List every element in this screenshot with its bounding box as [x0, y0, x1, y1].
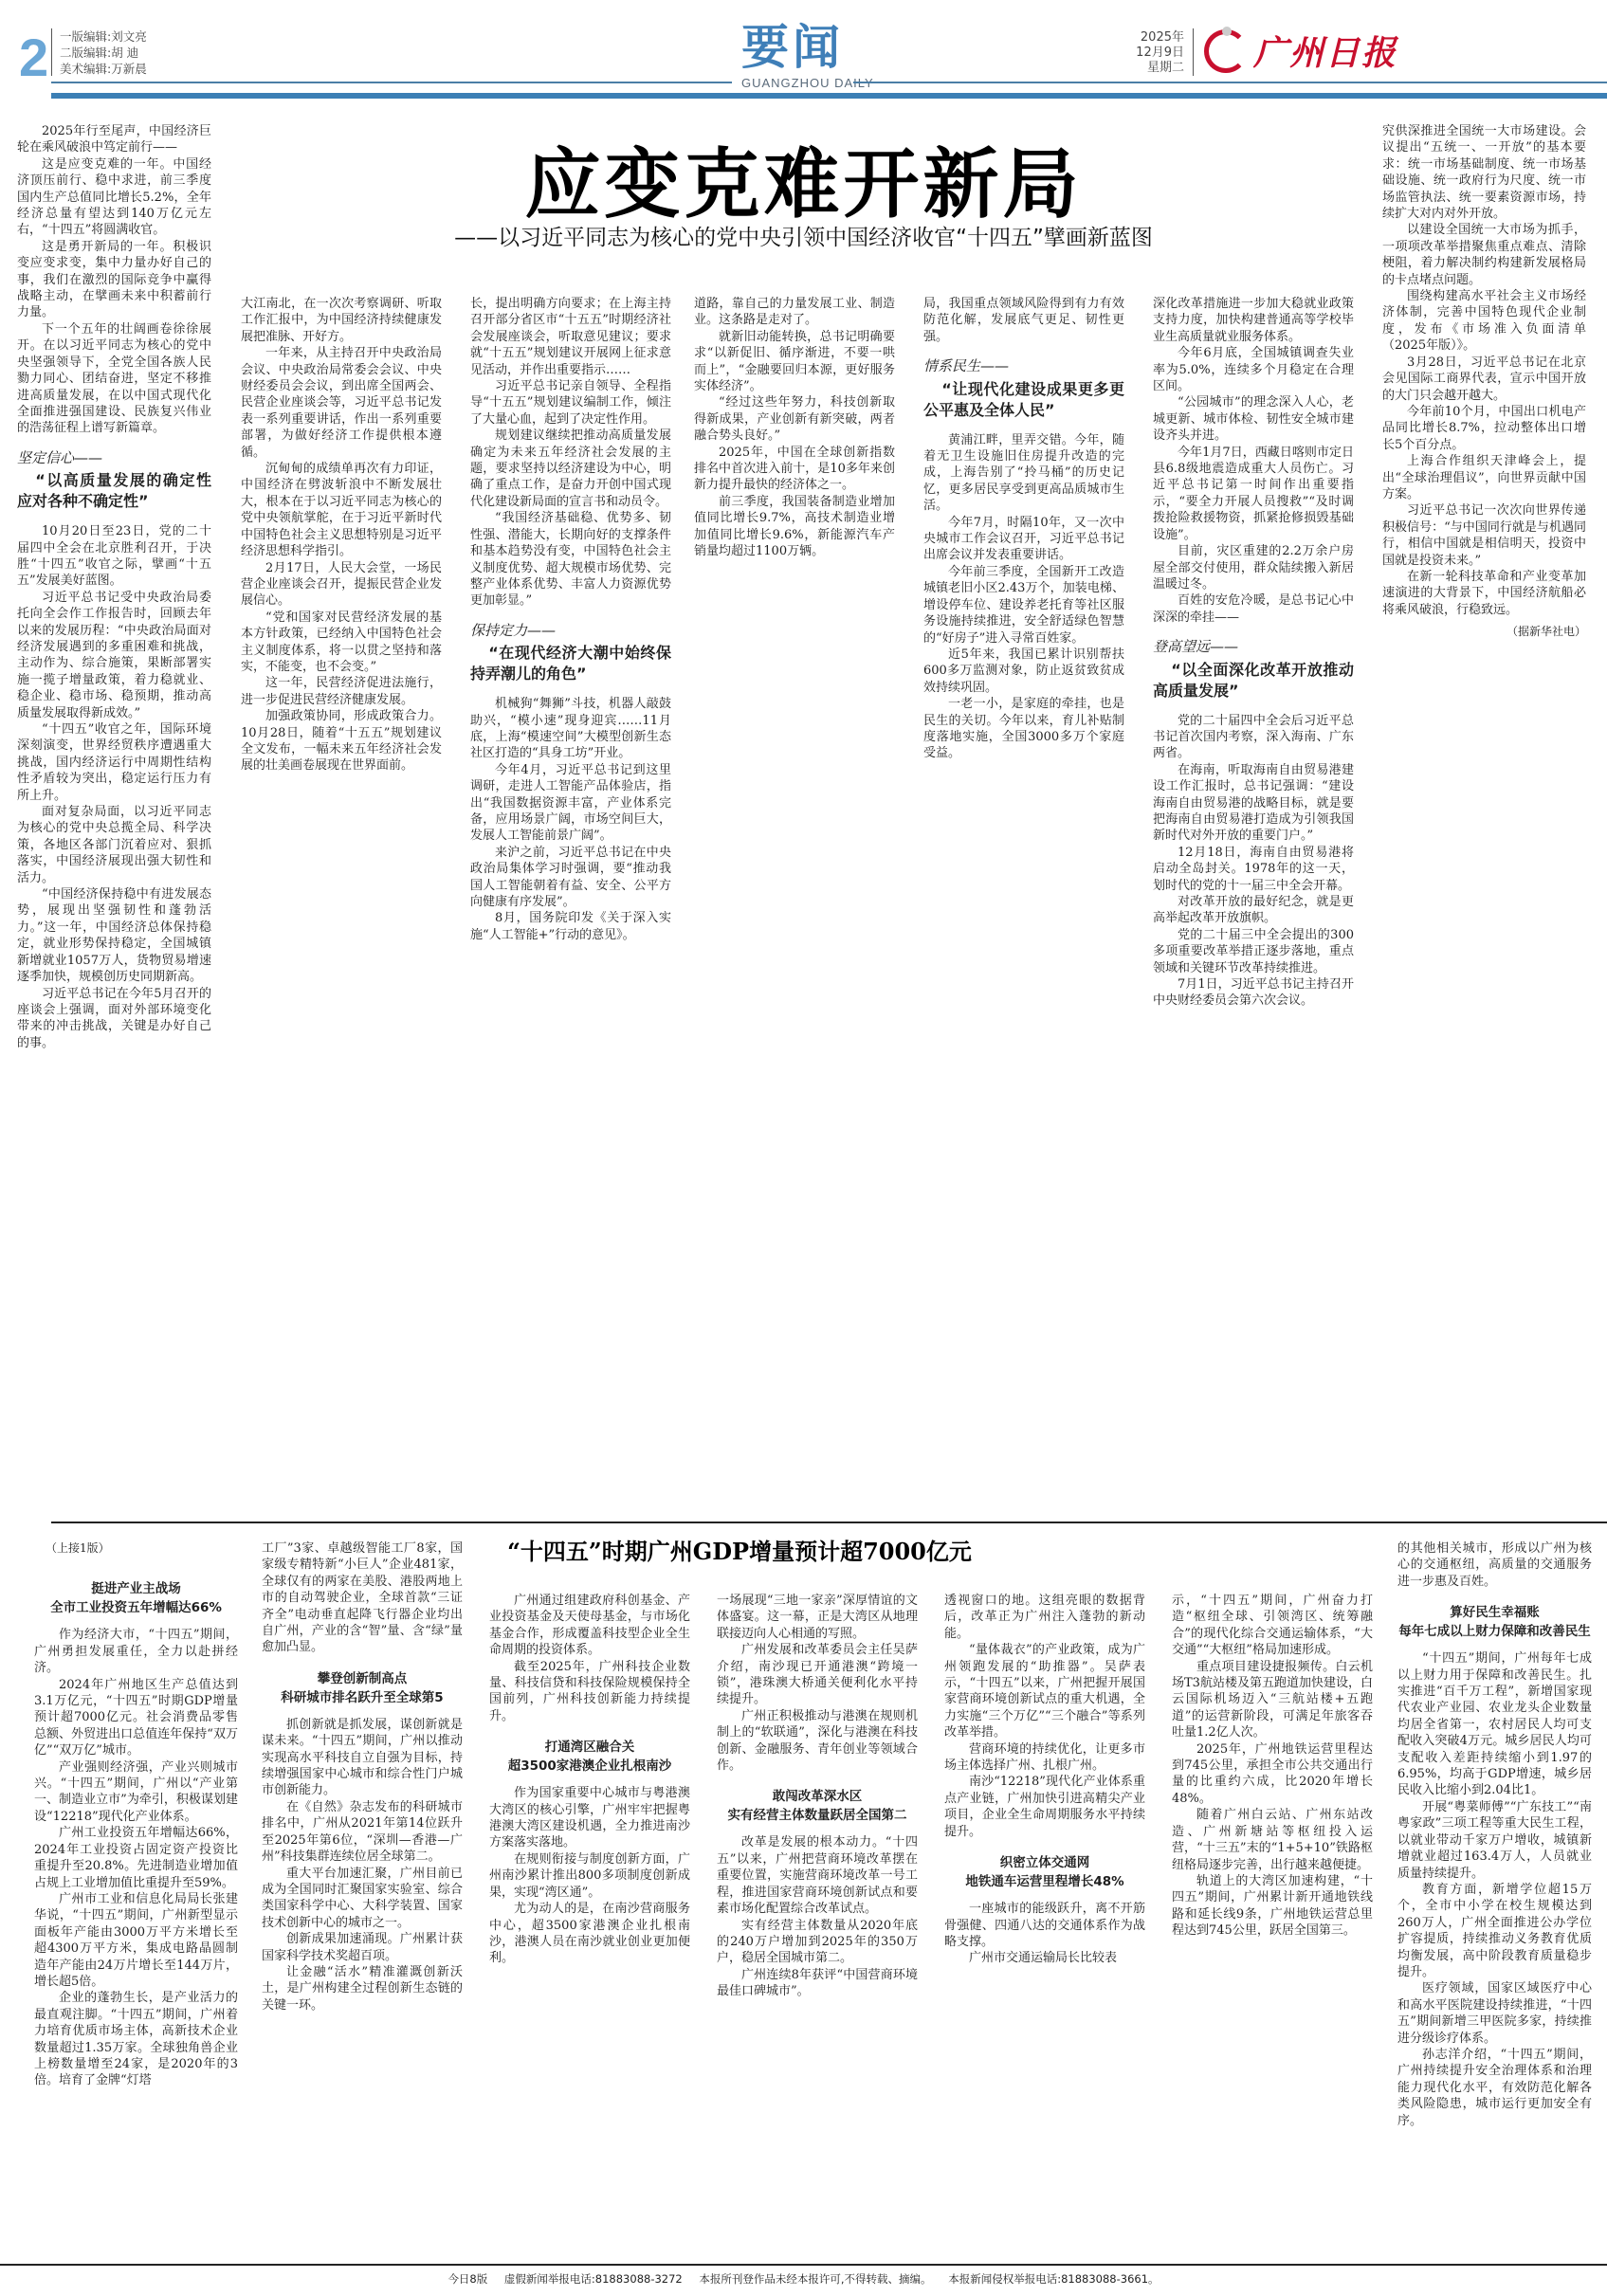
paragraph: 营商环境的持续优化，让更多市场主体选择广州、扎根广州。 — [944, 1741, 1145, 1775]
paragraph: 在新一轮科技革命和产业变革加速演进的大背景下，中国经济航船必将乘风破浪，行稳致远… — [1382, 569, 1586, 618]
paragraph: 目前，灾区重建的2.2万余户房屋全部交付使用，群众陆续搬入新居温暖过冬。 — [1153, 543, 1354, 592]
paragraph: 2月17日，人民大会堂，一场民营企业座谈会召开，提振民营企业发展信心。 — [241, 560, 442, 610]
paragraph: 今年前三季度，全国新开工改造城镇老旧小区2.43万个，加装电梯、增设停车位、建设… — [923, 564, 1124, 647]
page-footer: 今日8版 虚假新闻举报电话:81883088-3272 本报所刊登作品未经本报许… — [0, 2271, 1607, 2287]
article-column-1: 2025年行至尾声，中国经济巨轮在乘风破浪中笃定前行—— 这是应变克难的一年。中… — [17, 123, 211, 1507]
paragraph: 规划建议继续把推动高质量发展确定为未来五年经济社会发展的主题，要求坚持以经济建设… — [470, 428, 671, 510]
paragraph: 作为国家重要中心城市与粤港澳大湾区的核心引擎，广州牢牢把握粤港澳大湾区建设机遇，… — [489, 1785, 690, 1851]
paragraph: 上海合作组织天津峰会上，提出“全球治理倡议”，向世界贡献中国方案。 — [1382, 453, 1586, 502]
paragraph: 南沙“12218”现代化产业体系重点产业链，广州加快引进高精尖产业项目，企业全生… — [944, 1774, 1145, 1840]
paragraph: 广州正积极推动与港澳在规则机制上的“软联通”，深化与港澳在科技创新、金融服务、青… — [717, 1708, 918, 1775]
article-column-2: 大江南北，在一次次考察调研、听取工作汇报中，为中国经济持续健康发展把准脉、开好方… — [241, 296, 442, 1507]
paragraph: 今年7月，时隔10年，又一次中央城市工作会议召开，习近平总书记出席会议并发表重要… — [923, 515, 1124, 564]
page-number: 2 — [19, 27, 48, 88]
pages-today: 今日8版 — [447, 2272, 487, 2286]
paragraph: 围绕构建高水平社会主义市场经济体制，完善中国特色现代企业制度，发布《市场准入负面… — [1382, 288, 1586, 355]
infringement-hotline: 本报新闻侵权举报电话:81883088-3661。 — [948, 2272, 1159, 2286]
copyright-notice: 本报所刊登作品未经本报许可,不得转载、摘编。 — [699, 2272, 931, 2286]
editor-line: 美术编辑:万新晨 — [60, 61, 147, 77]
paragraph: 这一年，民营经济促进法施行，进一步促进民营经济健康发展。 — [241, 675, 442, 708]
paragraph: “十四五”收官之年，国际环境深刻演变，世界经贸秩序遭遇重大挑战，国内经济运行中周… — [17, 721, 211, 804]
paragraph: “党和国家对民营经济发展的基本方针政策，已经纳入中国特色社会主义制度体系，将一以… — [241, 610, 442, 676]
lower-column-6: 示，“十四五”期间，广州奋力打造“枢纽全球、引领湾区、统筹融合”的现代化综合交通… — [1172, 1593, 1373, 2256]
paragraph: 3月28日，习近平总书记在北京会见国际工商界代表，宣示中国开放的大门只会越开越大… — [1382, 355, 1586, 404]
section-heading: “让现代化建设成果更多更公平惠及全体人民” — [923, 379, 1124, 421]
paragraph: 广州市交通运输局长比较表 — [944, 1950, 1145, 1966]
lower-column-7: 的其他相关城市，形成以广州为核心的交通枢纽，高质量的交通服务进一步惠及百姓。 算… — [1397, 1540, 1592, 2256]
paragraph: 2025年，广州地铁运营里程达到745公里，承担全市公共交通出行量的比重约六成，… — [1172, 1741, 1373, 1808]
continued-note: （上接1版） — [34, 1540, 238, 1557]
paragraph: 让金融“活水”精准灌溉创新沃土，是广州构建全过程创新生态链的关键一环。 — [262, 1964, 463, 2014]
paragraph: 作为经济大市，“十四五”期间，广州勇担发展重任，全力以赴拼经济。 — [34, 1627, 238, 1676]
lower-column-5: 透视窗口的地。这组亮眼的数据背后，改革正为广州注入蓬勃的新动能。 “量体裁衣”的… — [944, 1593, 1145, 2256]
article-column-7: 究供深推进全国统一大市场建设。会议提出“五统一、一开放”的基本要求：统一市场基础… — [1382, 123, 1586, 1507]
main-subheadline: ——以习近平同志为核心的党中央引领中国经济收官“十四五”擘画新蓝图 — [228, 220, 1379, 251]
subhead: 织密立体交通网 地铁通车运营里程增长48% — [944, 1853, 1145, 1891]
section-kicker: 保持定力—— — [470, 623, 671, 639]
paragraph: 对改革开放的最好纪念，就是更高举起改革开放旗帜。 — [1153, 894, 1354, 927]
subhead-line: 实有经营主体数量跃居全国第二 — [717, 1806, 918, 1825]
paragraph: 实有经营主体数量从2020年底的240万户增加到2025年的350万户，稳居全国… — [717, 1918, 918, 1967]
paragraph: 一座城市的能级跃升，离不开筋骨强健、四通八达的交通体系作为战略支撑。 — [944, 1901, 1145, 1950]
section-heading: “以全面深化改革开放推动高质量发展” — [1153, 660, 1354, 702]
subhead-line: 地铁通车运营里程增长48% — [944, 1872, 1145, 1891]
editor-line: 二版编辑:胡 迪 — [60, 45, 147, 61]
date-weekday: 星期二 — [1123, 61, 1184, 76]
subhead-line: 织密立体交通网 — [944, 1853, 1145, 1872]
subhead-line: 挺进产业主战场 — [34, 1579, 238, 1598]
paragraph: “量体裁衣”的产业政策，成为广州领跑发展的“助推器”。吴萨表示，“十四五”以来，… — [944, 1642, 1145, 1740]
masthead: 2 一版编辑:刘文亮 二版编辑:胡 迪 美术编辑:万新晨 要闻 GUANGZHO… — [0, 0, 1607, 102]
newspaper-name: 广州日报 — [1253, 27, 1397, 75]
section-heading: “以高质量发展的确定性应对各种不确定性” — [17, 470, 211, 512]
header-rule-right — [853, 82, 1607, 83]
article-byline: （据新华社电） — [1382, 624, 1586, 640]
date-divider — [1193, 28, 1194, 76]
paragraph: 党的二十届四中全会后习近平总书记首次国内考察，深入海南、广东两省。 — [1153, 713, 1354, 762]
lower-column-1: （上接1版） 挺进产业主战场 全市工业投资五年增幅达66% 作为经济大市，“十四… — [34, 1540, 238, 2256]
paragraph: 广州发展和改革委员会主任吴萨介绍，南沙现已开通港澳“跨境一锁”，港珠澳大桥通关便… — [717, 1642, 918, 1708]
paragraph: 重点项目建设捷报频传。白云机场T3航站楼及第五跑道加快建设，白云国际机场迈入“三… — [1172, 1659, 1373, 1741]
paragraph: 在海南，听取海南自由贸易港建设工作汇报时，总书记强调：“建设海南自由贸易港的战略… — [1153, 762, 1354, 845]
paragraph: 党的二十届三中全会提出的300多项重要改革举措正逐步落地，重点领域和关键环节改革… — [1153, 927, 1354, 976]
paragraph: 改革是发展的根本动力。“十四五”以来，广州把营商环境改革摆在重要位置，实施营商环… — [717, 1834, 918, 1917]
paragraph: 广州市工业和信息化局局长张建华说，“十四五”期间，广州新型显示面板年产能由300… — [34, 1891, 238, 1990]
article-column-4: 道路，靠自己的力量发展工业、制造业。这条路是走对了。 就新旧动能转换，总书记明确… — [694, 296, 895, 1507]
subhead-line: 打通湾区融合关 — [489, 1738, 690, 1757]
fake-news-hotline: 虚假新闻举报电话:81883088-3272 — [504, 2272, 683, 2286]
paragraph: 教育方面，新增学位超15万个，全市中小学在校生规模达到260万人，广州全面推进公… — [1397, 1882, 1592, 1980]
paragraph: “十四五”期间，广州每年七成以上财力用于保障和改善民生。扎实推进“百千万工程”，… — [1397, 1650, 1592, 1799]
lower-column-4: 一场展现“三地一家亲”深厚情谊的文体盛宴。这一幕，正是大湾区从地理联接迈向人心相… — [717, 1593, 918, 2256]
paragraph: 产业强则经济强，产业兴则城市兴。“十四五”期间，广州以“产业第一、制造业立市”为… — [34, 1759, 238, 1826]
paragraph: 12月18日，海南自由贸易港将启动全岛封关。1978年的这一天，划时代的党的十一… — [1153, 845, 1354, 894]
paragraph: “中国经济保持稳中有进发展态势，展现出坚强韧性和蓬勃活力。”这一年，中国经济总体… — [17, 886, 211, 985]
story-divider — [51, 1522, 1607, 1523]
subhead-line: 算好民生幸福账 — [1397, 1603, 1592, 1622]
article-column-3: 长，提出明确方向要求；在上海主持召开部分省区市“十五五”时期经济社会发展座谈会，… — [470, 296, 671, 1507]
section-kicker: 情系民生—— — [923, 358, 1124, 374]
paragraph: 就新旧动能转换，总书记明确要求“以新促旧、循序渐进，不要一哄而上”，“金融要回归… — [694, 329, 895, 395]
paragraph: 习近平总书记一次次向世界传递积极信号：“与中国同行就是与机遇同行，相信中国就是相… — [1382, 502, 1586, 569]
article-column-6: 深化改革措施进一步加大稳就业政策支持力度，加快构建普通高等学校毕业生高质量就业服… — [1153, 296, 1354, 1507]
section-kicker: 登高望远—— — [1153, 639, 1354, 655]
paragraph: 在《自然》杂志发布的科研城市排名中，广州从2021年第14位跃升至2025年第6… — [262, 1799, 463, 1866]
section-kicker: 坚定信心—— — [17, 450, 211, 466]
paragraph: 10月20日至23日，党的二十届四中全会在北京胜利召开，于决胜“十四五”收官之际… — [17, 523, 211, 590]
lower-column-3: 广州通过组建政府科创基金、产业投资基金及天使母基金，与市场化基金合作，形成覆盖科… — [489, 1593, 690, 2256]
paragraph: 长，提出明确方向要求；在上海主持召开部分省区市“十五五”时期经济社会发展座谈会，… — [470, 296, 671, 378]
section-heading: “在现代经济大潮中始终保持弄潮儿的角色” — [470, 643, 671, 684]
logo-emblem-icon — [1204, 29, 1248, 73]
subhead: 挺进产业主战场 全市工业投资五年增幅达66% — [34, 1579, 238, 1617]
paragraph: 局，我国重点领域风险得到有力有效防范化解，发展底气更足、韧性更强。 — [923, 296, 1124, 345]
paragraph: 习近平总书记在今年5月召开的座谈会上强调，面对外部环境变化带来的冲击挑战，关键是… — [17, 986, 211, 1052]
paragraph: 以建设全国统一大市场为抓手，一项项改革举措聚焦重点难点、清除梗阻，着力解决制约构… — [1382, 222, 1586, 288]
paragraph: 大江南北，在一次次考察调研、听取工作汇报中，为中国经济持续健康发展把准脉、开好方… — [241, 296, 442, 345]
paragraph: 习近平总书记受中央政治局委托向全会作工作报告时，回顾去年以来的发展历程：“中央政… — [17, 590, 211, 721]
paragraph: 一老一小，是家庭的牵挂，也是民生的关切。今年以来，育儿补贴制度落地实施，全国30… — [923, 696, 1124, 762]
paragraph: 医疗领域，国家区域医疗中心和高水平医院建设持续推进，“十四五”期间新增三甲医院多… — [1397, 1980, 1592, 2047]
subhead-line: 科研城市排名跃升至全球第5 — [262, 1688, 463, 1707]
subhead: 打通湾区融合关 超3500家港澳企业扎根南沙 — [489, 1738, 690, 1776]
paragraph: “公园城市”的理念深入人心，老城更新、城市体检、韧性安全城市建设齐头并进。 — [1153, 394, 1354, 444]
paragraph: “我国经济基础稳、优势多、韧性强、潜能大，长期向好的支撑条件和基本趋势没有变，中… — [470, 510, 671, 609]
paragraph: 截至2025年，广州科技企业数量、科技信贷和科技保险规模保持全国前列，广州科技创… — [489, 1659, 690, 1725]
paragraph: 下一个五年的壮阔画卷徐徐展开。在以习近平同志为核心的党中央坚强领导下，全党全国各… — [17, 321, 211, 437]
issue-date: 2025年 12月9日 星期二 — [1123, 30, 1184, 76]
paragraph: 加强政策协同，形成政策合力。10月28日，随着“十五五”规划建议全文发布，一幅未… — [241, 708, 442, 774]
paragraph: 2025年行至尾声，中国经济巨轮在乘风破浪中笃定前行—— — [17, 123, 211, 156]
newspaper-logo[interactable]: 广州日报 — [1204, 27, 1397, 75]
paragraph: 近5年来，我国已累计识别帮扶600多万监测对象，防止返贫致贫成效持续巩固。 — [923, 647, 1124, 696]
subhead-line: 全市工业投资五年增幅达66% — [34, 1598, 238, 1617]
date-year: 2025年 — [1123, 30, 1184, 46]
paragraph: 2024年广州地区生产总值达到3.1万亿元，“十四五”时期GDP增量预计超700… — [34, 1677, 238, 1759]
paragraph: 面对复杂局面，以习近平同志为核心的党中央总揽全局、科学决策，各地区各部门沉着应对… — [17, 804, 211, 886]
paragraph: 创新成果加速涌现。广州累计获国家科学技术奖超百项。 — [262, 1931, 463, 1964]
lower-story-headline: “十四五”时期广州GDP增量预计超7000亿元 — [408, 1533, 1071, 1566]
editor-divider — [51, 28, 52, 76]
subhead-line: 敢闯改革深水区 — [717, 1787, 918, 1806]
paragraph: 开展“粤菜师傅”“广东技工”“南粤家政”三项工程等重大民生工程，以就业带动千家万… — [1397, 1799, 1592, 1882]
paragraph: 抓创新就是抓发展，谋创新就是谋未来。“十四五”期间，广州以推动实现高水平科技自立… — [262, 1717, 463, 1799]
paragraph: 黄浦江畔，里弄交错。今年，随着无卫生设施旧住房提升改造的完成，上海告别了“拎马桶… — [923, 432, 1124, 515]
paragraph: 一年来，从主持召开中央政治局会议、中央政治局常委会会议、中央财经委员会会议，到出… — [241, 345, 442, 461]
main-headline: 应变克难开新局 — [228, 123, 1379, 232]
paragraph: 在规则衔接与制度创新方面，广州南沙累计推出800多项制度创新成果，实现“湾区通”… — [489, 1851, 690, 1901]
paragraph: 来沪之前，习近平总书记在中央政治局集体学习时强调，要“推动我国人工智能朝着有益、… — [470, 845, 671, 911]
header-thick-rule — [51, 93, 1607, 99]
paragraph: 前三季度，我国装备制造业增加值同比增长9.7%，高技术制造业增加值同比增长9.6… — [694, 494, 895, 560]
article-column-5: 局，我国重点领域风险得到有力有效防范化解，发展底气更足、韧性更强。 情系民生——… — [923, 296, 1124, 1507]
paragraph: 道路，靠自己的力量发展工业、制造业。这条路是走对了。 — [694, 296, 895, 329]
editor-credits: 一版编辑:刘文亮 二版编辑:胡 迪 美术编辑:万新晨 — [60, 28, 147, 77]
lower-column-2: 工厂”3家、卓越级智能工厂8家，国家级专精特新“小巨人”企业481家，全球仅有的… — [262, 1540, 463, 2256]
paragraph: 这是应变克难的一年。中国经济顶压前行、稳中求进，前三季度国内生产总值同比增长5.… — [17, 156, 211, 239]
paragraph: 机械狗“舞狮”斗技，机器人敲鼓助兴，“模小速”现身迎宾……11月底，上海“模速空… — [470, 696, 671, 762]
date-day: 12月9日 — [1123, 46, 1184, 61]
paragraph: 孙志洋介绍，“十四五”期间，广州持续提升安全治理体系和治理能力现代化水平，有效防… — [1397, 2047, 1592, 2129]
paragraph: 重大平台加速汇聚，广州目前已成为全国同时汇聚国家实验室、综合类国家科学中心、大科… — [262, 1866, 463, 1932]
footer-rule — [0, 2264, 1607, 2266]
subhead: 攀登创新制高点 科研城市排名跃升至全球第5 — [262, 1669, 463, 1707]
paragraph: 8月，国务院印发《关于深入实施“人工智能+”行动的意见》。 — [470, 910, 671, 943]
paragraph: 习近平总书记亲自领导、全程指导“十五五”规划建议编制工作，倾注了大量心血，起到了… — [470, 378, 671, 428]
paragraph: 今年1月7日，西藏日喀则市定日县6.8级地震造成重大人员伤亡。习近平总书记第一时… — [1153, 445, 1354, 543]
paragraph: 的其他相关城市，形成以广州为核心的交通枢纽，高质量的交通服务进一步惠及百姓。 — [1397, 1540, 1592, 1590]
paragraph: 究供深推进全国统一大市场建设。会议提出“五统一、一开放”的基本要求：统一市场基础… — [1382, 123, 1586, 222]
paragraph: 今年4月，习近平总书记到这里调研，走进人工智能产品体验店，指出“我国数据资源丰富… — [470, 762, 671, 845]
paragraph: 企业的蓬勃生长，是产业活力的最直观注脚。“十四五”期间，广州着力培育优质市场主体… — [34, 1990, 238, 2088]
paragraph: 广州通过组建政府科创基金、产业投资基金及天使母基金，与市场化基金合作，形成覆盖科… — [489, 1593, 690, 1659]
paragraph: “经过这些年努力，科技创新取得新成果，产业创新有新突破，两者融合势头良好。” — [694, 394, 895, 444]
header-rule-left — [51, 82, 732, 83]
subhead-line: 每年七成以上财力保障和改善民生 — [1397, 1622, 1592, 1641]
paragraph: 示，“十四五”期间，广州奋力打造“枢纽全球、引领湾区、统筹融合”的现代化综合交通… — [1172, 1593, 1373, 1659]
paragraph: 随着广州白云站、广州东站改造、广州新塘站等枢纽投入运营，“十三五”末的“1+5+… — [1172, 1807, 1373, 1873]
paragraph: 一场展现“三地一家亲”深厚情谊的文体盛宴。这一幕，正是大湾区从地理联接迈向人心相… — [717, 1593, 918, 1642]
subhead-line: 攀登创新制高点 — [262, 1669, 463, 1688]
subhead: 算好民生幸福账 每年七成以上财力保障和改善民生 — [1397, 1603, 1592, 1641]
paragraph: 工厂”3家、卓越级智能工厂8家，国家级专精特新“小巨人”企业481家，全球仅有的… — [262, 1540, 463, 1656]
paragraph: 2025年，中国在全球创新指数排名中首次进入前十，是10多年来创新力提升最快的经… — [694, 445, 895, 494]
paragraph: 今年6月底，全国城镇调查失业率为5.0%，连续多个月稳定在合理区间。 — [1153, 345, 1354, 394]
subhead-line: 超3500家港澳企业扎根南沙 — [489, 1757, 690, 1776]
paragraph: 广州工业投资五年增幅达66%，2024年工业投资占固定资产投资比重提升至20.8… — [34, 1825, 238, 1891]
paragraph: 透视窗口的地。这组亮眼的数据背后，改革正为广州注入蓬勃的新动能。 — [944, 1593, 1145, 1642]
paragraph: 广州连续8年获评“中国营商环境最佳口碑城市”。 — [717, 1967, 918, 2000]
paragraph: 今年前10个月，中国出口机电产品同比增长8.7%，拉动整体出口增长5个百分点。 — [1382, 404, 1586, 453]
paragraph: 沉甸甸的成绩单再次有力印证，中国经济在劈波斩浪中不断发展壮大，根本在于以习近平同… — [241, 461, 442, 559]
paragraph: 百姓的安危冷暖，是总书记心中深深的牵挂—— — [1153, 592, 1354, 626]
section-title: 要闻 — [741, 9, 844, 78]
paragraph: 轨道上的大湾区加速构建，“十四五”期间，广州累计新开通地铁线路和延长线9条，广州… — [1172, 1873, 1373, 1940]
paragraph: 这是勇开新局的一年。积极识变应变求变，集中力量办好自己的事，我们在激烈的国际竞争… — [17, 239, 211, 321]
editor-line: 一版编辑:刘文亮 — [60, 28, 147, 45]
subhead: 敢闯改革深水区 实有经营主体数量跃居全国第二 — [717, 1787, 918, 1825]
paragraph: 7月1日，习近平总书记主持召开中央财经委员会第六次会议。 — [1153, 976, 1354, 1010]
paragraph: 尤为动人的是，在南沙营商服务中心，超3500家港澳企业扎根南沙，港澳人员在南沙就… — [489, 1901, 690, 1967]
paragraph: 深化改革措施进一步加大稳就业政策支持力度，加快构建普通高等学校毕业生高质量就业服… — [1153, 296, 1354, 345]
